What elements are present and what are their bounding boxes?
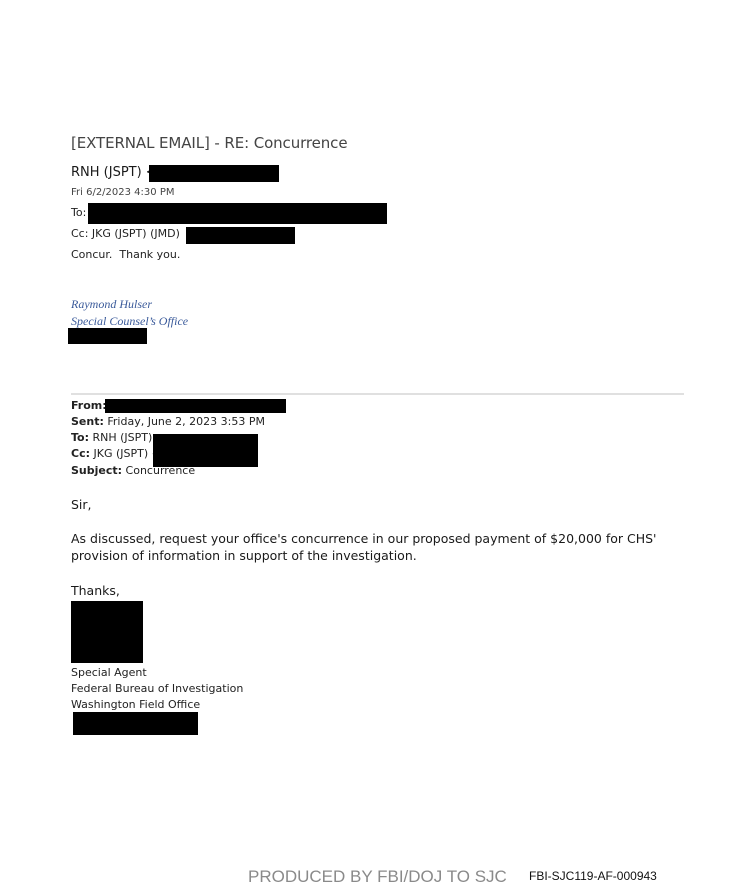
to-label-original: To: — [71, 431, 89, 444]
subject-label: Subject: — [71, 464, 122, 477]
email-subject: [EXTERNAL EMAIL] - RE: Concurrence — [71, 134, 347, 152]
redaction-signature-contact — [68, 328, 147, 344]
thread-separator — [71, 393, 684, 395]
redaction-cc-email — [186, 227, 295, 244]
to-value: RNH (JSPT) — [89, 431, 152, 444]
signature-office: Special Counsel’s Office — [71, 314, 188, 329]
sent-label: Sent: — [71, 415, 104, 428]
agent-organization: Federal Bureau of Investigation — [71, 682, 243, 695]
redaction-agent-contact — [73, 712, 198, 735]
signature-name: Raymond Hulser — [71, 297, 152, 312]
to-label: To: — [71, 206, 86, 219]
production-stamp: PRODUCED BY FBI/DOJ TO SJC — [248, 867, 507, 887]
body-paragraph: As discussed, request your office's conc… — [71, 530, 686, 564]
original-to: To: RNH (JSPT) — [71, 431, 152, 444]
email-date: Fri 6/2/2023 4:30 PM — [71, 187, 174, 198]
redaction-sender-email — [149, 165, 279, 182]
original-from: From: — [71, 399, 107, 412]
redaction-from-sender — [105, 399, 286, 413]
closing: Thanks, — [71, 582, 120, 599]
cc-line: Cc: JKG (JSPT) (JMD) — [71, 227, 180, 240]
redaction-agent-name — [71, 601, 143, 663]
subject-value: Concurrence — [122, 464, 195, 477]
original-cc: Cc: JKG (JSPT) < — [71, 447, 161, 460]
reply-body: Concur. Thank you. — [71, 248, 180, 261]
original-subject: Subject: Concurrence — [71, 464, 195, 477]
sent-value: Friday, June 2, 2023 3:53 PM — [104, 415, 265, 428]
agent-field-office: Washington Field Office — [71, 698, 200, 711]
sender-name: RNH (JSPT) < — [71, 165, 157, 180]
redaction-to-recipients — [88, 203, 387, 224]
redaction-to-cc-emails — [153, 434, 258, 467]
cc-value: JKG (JSPT) < — [90, 447, 161, 460]
cc-label-original: Cc: — [71, 447, 90, 460]
bates-number: FBI-SJC119-AF-000943 — [529, 869, 657, 883]
agent-title: Special Agent — [71, 666, 147, 679]
greeting: Sir, — [71, 496, 92, 513]
original-sent: Sent: Friday, June 2, 2023 3:53 PM — [71, 415, 265, 428]
from-label: From: — [71, 399, 107, 412]
